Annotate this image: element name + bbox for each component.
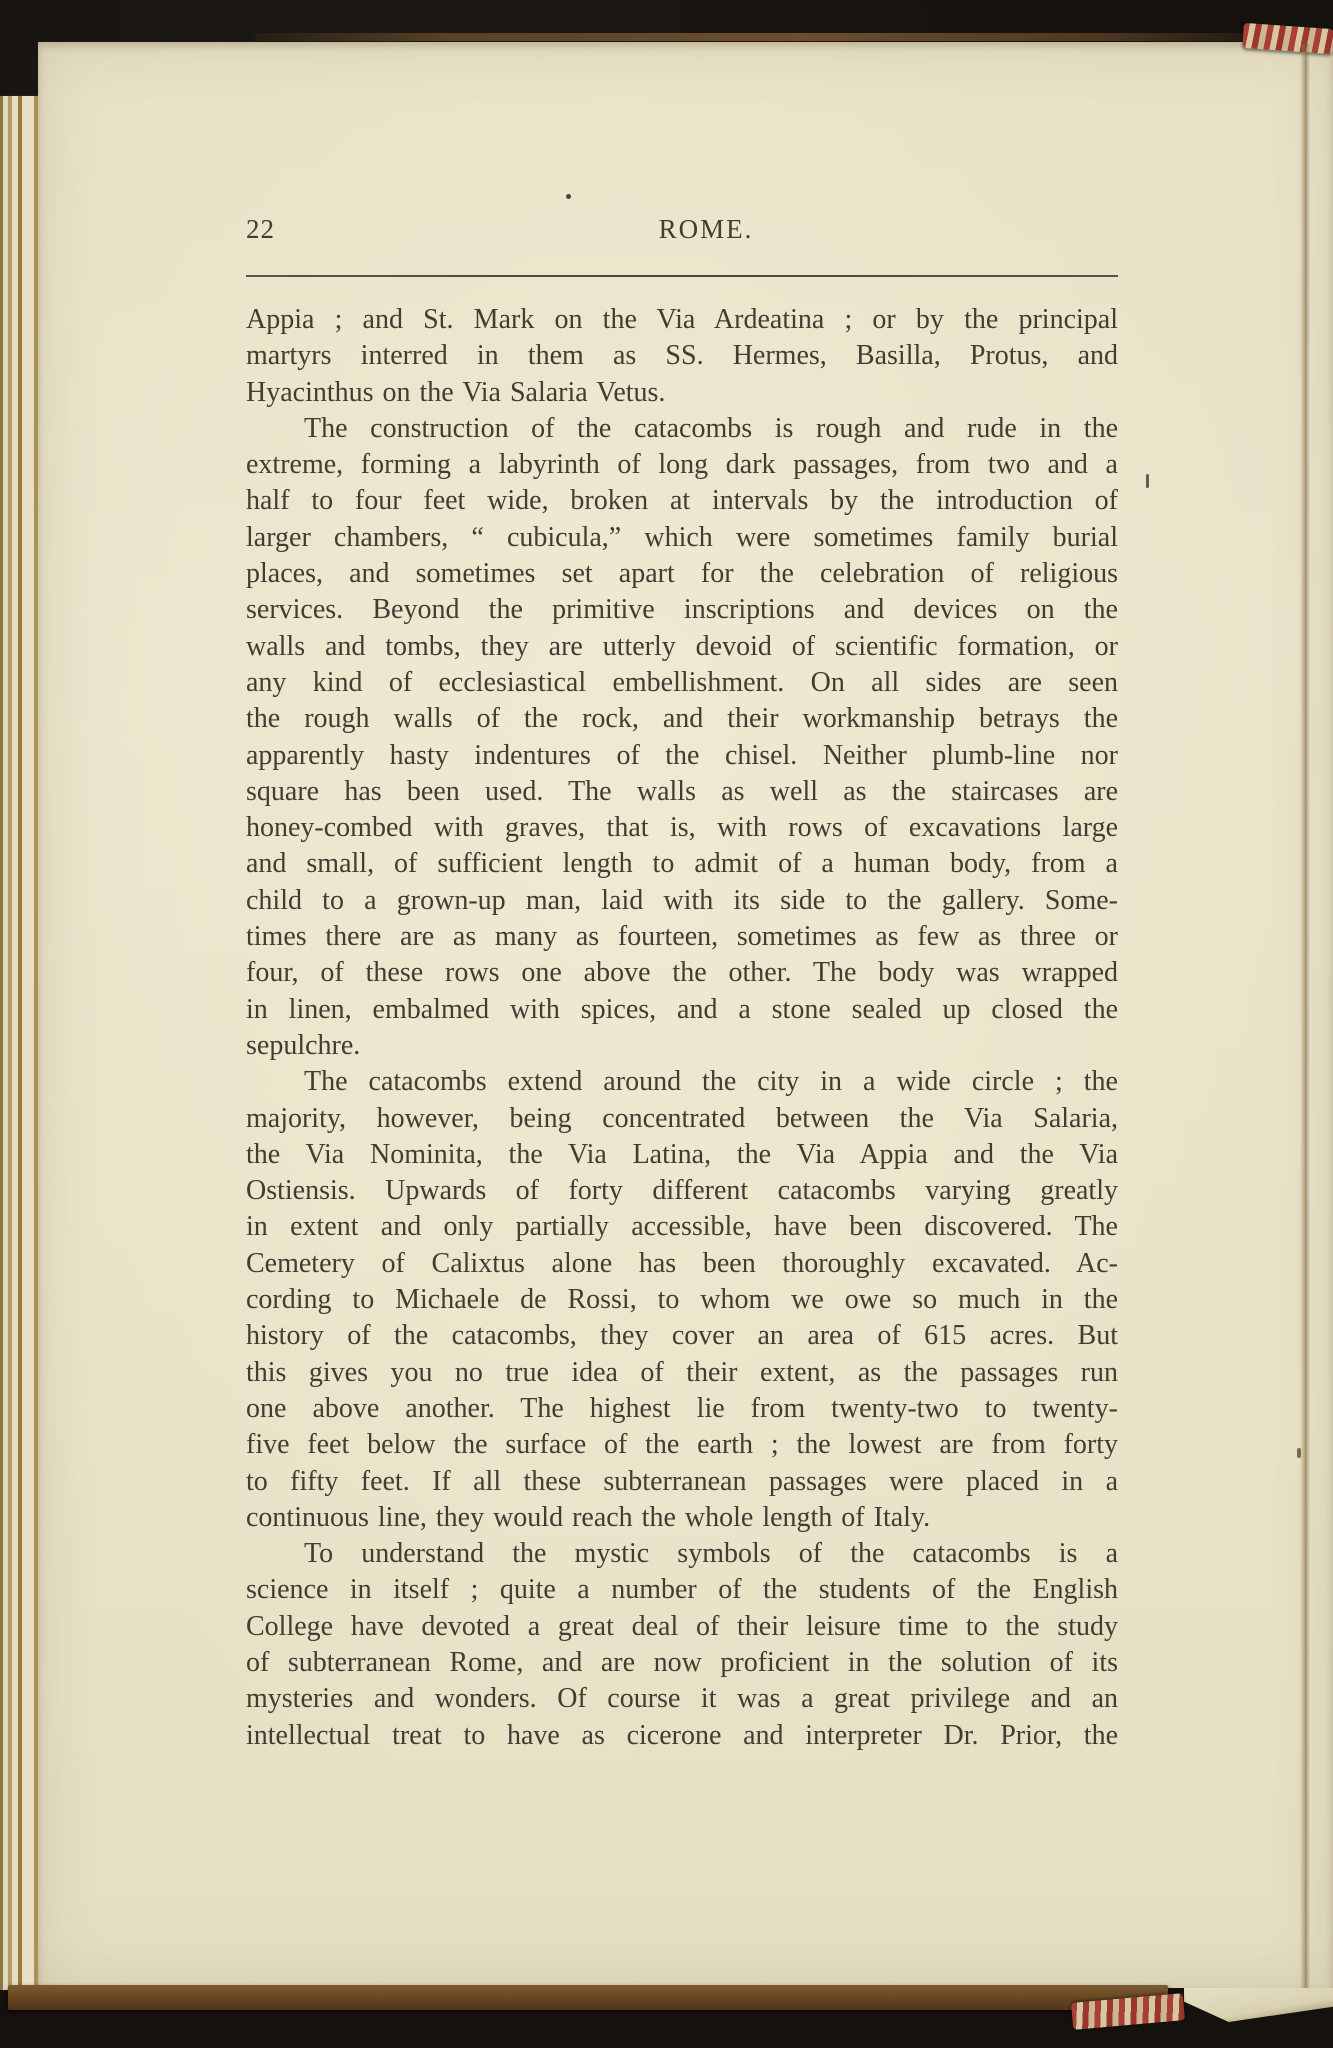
- text-line: larger chambers, “ cubicula,” which were…: [246, 520, 1118, 556]
- text-line: services. Beyond the primitive inscripti…: [246, 592, 1118, 628]
- text-line: four, of these rows one above the other.…: [246, 955, 1118, 991]
- text-line: The catacombs extend around the city in …: [246, 1064, 1118, 1100]
- scan-speck: [1297, 1448, 1301, 1458]
- text-line: Cemetery of Calixtus alone has been thor…: [246, 1246, 1118, 1282]
- text-line: places, and sometimes set apart for the …: [246, 556, 1118, 592]
- text-line: honey-combed with graves, that is, with …: [246, 810, 1118, 846]
- text-line: and small, of sufficient length to admit…: [246, 846, 1118, 882]
- page-corner-curl: [1184, 1988, 1333, 2022]
- text-line: five feet below the surface of the earth…: [246, 1427, 1118, 1463]
- cover-top-edge: [255, 33, 1245, 41]
- text-line: Hyacinthus on the Via Salaria Vetus.: [246, 375, 1118, 411]
- text-line: Appia ; and St. Mark on the Via Ardeatin…: [246, 302, 1118, 338]
- text-line: majority, however, being concentrated be…: [246, 1101, 1118, 1137]
- text-line: intellectual treat to have as cicerone a…: [246, 1718, 1118, 1754]
- leather-bottom-edge: [8, 1985, 1168, 2010]
- text-line: the rough walls of the rock, and their w…: [246, 701, 1118, 737]
- text-line: of subterranean Rome, and are now profic…: [246, 1645, 1118, 1681]
- text-line: walls and tombs, they are utterly devoid…: [246, 629, 1118, 665]
- text-line: in extent and only partially accessible,…: [246, 1209, 1118, 1245]
- text-line: Ostiensis. Upwards of forty different ca…: [246, 1173, 1118, 1209]
- text-line: extreme, forming a labyrinth of long dar…: [246, 447, 1118, 483]
- text-line: in linen, embalmed with spices, and a st…: [246, 992, 1118, 1028]
- text-line: The construction of the catacombs is rou…: [246, 411, 1118, 447]
- page-content: 22 ROME. Appia ; and St. Mark on the Via…: [246, 214, 1118, 1754]
- text-line: cording to Michaele de Rossi, to whom we…: [246, 1282, 1118, 1318]
- text-line: continuous line, they would reach the wh…: [246, 1500, 1118, 1536]
- paragraph: The construction of the catacombs is rou…: [246, 411, 1118, 1064]
- text-line: times there are as many as fourteen, som…: [246, 919, 1118, 955]
- text-line: square has been used. The walls as well …: [246, 774, 1118, 810]
- text-line: To understand the mystic symbols of the …: [246, 1536, 1118, 1572]
- text-line: this gives you no true idea of their ext…: [246, 1355, 1118, 1391]
- paragraph: To understand the mystic symbols of the …: [246, 1536, 1118, 1754]
- text-line: College have devoted a great deal of the…: [246, 1609, 1118, 1645]
- header-rule: [246, 275, 1118, 277]
- text-line: mysteries and wonders. Of course it was …: [246, 1681, 1118, 1717]
- scanned-book-photo: 22 ROME. Appia ; and St. Mark on the Via…: [0, 0, 1333, 2048]
- text-line: history of the catacombs, they cover an …: [246, 1318, 1118, 1354]
- text-line: the Via Nominita, the Via Latina, the Vi…: [246, 1137, 1118, 1173]
- text-line: science in itself ; quite a number of th…: [246, 1572, 1118, 1608]
- running-header: ROME.: [659, 214, 754, 245]
- page-header: 22 ROME.: [246, 214, 1118, 246]
- text-line: one above another. The highest lie from …: [246, 1391, 1118, 1427]
- text-line: sepulchre.: [246, 1028, 1118, 1064]
- body-text: Appia ; and St. Mark on the Via Ardeatin…: [246, 302, 1118, 1754]
- text-line: martyrs interred in them as SS. Hermes, …: [246, 338, 1118, 374]
- text-line: any kind of ecclesiastical embellishment…: [246, 665, 1118, 701]
- paragraph: Appia ; and St. Mark on the Via Ardeatin…: [246, 302, 1118, 411]
- scan-speck: [566, 194, 571, 199]
- text-line: to fifty feet. If all these subterranean…: [246, 1464, 1118, 1500]
- page-number: 22: [246, 214, 275, 245]
- paragraph: The catacombs extend around the city in …: [246, 1064, 1118, 1536]
- text-line: half to four feet wide, broken at interv…: [246, 483, 1118, 519]
- page-crease: [1300, 44, 1310, 1988]
- text-line: apparently hasty indentures of the chise…: [246, 738, 1118, 774]
- scan-speck: [1146, 474, 1149, 488]
- text-line: child to a grown-up man, laid with its s…: [246, 883, 1118, 919]
